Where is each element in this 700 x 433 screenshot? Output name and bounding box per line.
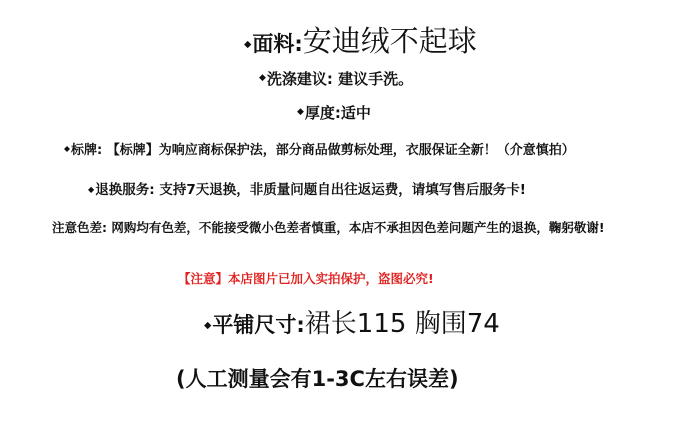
copyright-notice: 【注意】本店图片已加入实拍保护，盗图必究! [178, 273, 434, 286]
diamond-bullet-icon: ◆ [64, 145, 70, 153]
size-label: 平铺尺寸: [212, 313, 304, 337]
diamond-bullet-icon: ◆ [259, 74, 266, 83]
tag-label: 标牌: [71, 143, 102, 158]
color-note-value: 网购均有色差，不能接受微小色差者慎重，本店不承担因色差问题产生的退换，鞠躬敬谢! [111, 220, 604, 235]
washing-line: ◆洗涤建议: 建议手洗。 [259, 72, 413, 87]
size-line: ◆平铺尺寸:裙长115 胸围74 [204, 311, 500, 337]
washing-label: 洗涤建议: [267, 70, 333, 88]
color-note-line: 注意色差: 网购均有色差，不能接受微小色差者慎重，本店不承担因色差问题产生的退换… [52, 222, 605, 235]
material-label: 面料: [252, 32, 302, 56]
tag-line: ◆标牌: 【标牌】为响应商标保护法，部分商品做剪标处理，衣服保证全新！（介意慎拍… [64, 144, 575, 157]
thickness-value: 适中 [341, 104, 371, 122]
return-service-label: 退换服务: [95, 182, 154, 198]
return-service-value: 支持7天退换，非质量问题自出往返运费，请填写售后服务卡! [159, 182, 526, 198]
return-service-line: ◆退换服务: 支持7天退换，非质量问题自出往返运费，请填写售后服务卡! [88, 184, 526, 198]
thickness-label: 厚度: [305, 104, 341, 122]
material-line: ◆面料:安迪绒不起球 [244, 27, 477, 56]
diamond-bullet-icon: ◆ [244, 40, 251, 50]
size-value: 裙长115 胸围74 [305, 309, 500, 339]
washing-value: 建议手洗。 [338, 70, 413, 88]
thickness-line: ◆厚度:适中 [297, 106, 371, 121]
diamond-bullet-icon: ◆ [297, 108, 304, 117]
color-note-label: 注意色差: [52, 220, 107, 235]
material-value: 安迪绒不起球 [303, 24, 477, 58]
measurement-error-note: (人工测量会有1-3C左右误差) [176, 369, 459, 390]
diamond-bullet-icon: ◆ [88, 185, 94, 193]
diamond-bullet-icon: ◆ [204, 321, 211, 331]
tag-value: 【标牌】为响应商标保护法，部分商品做剪标处理，衣服保证全新！（介意慎拍） [107, 143, 575, 158]
